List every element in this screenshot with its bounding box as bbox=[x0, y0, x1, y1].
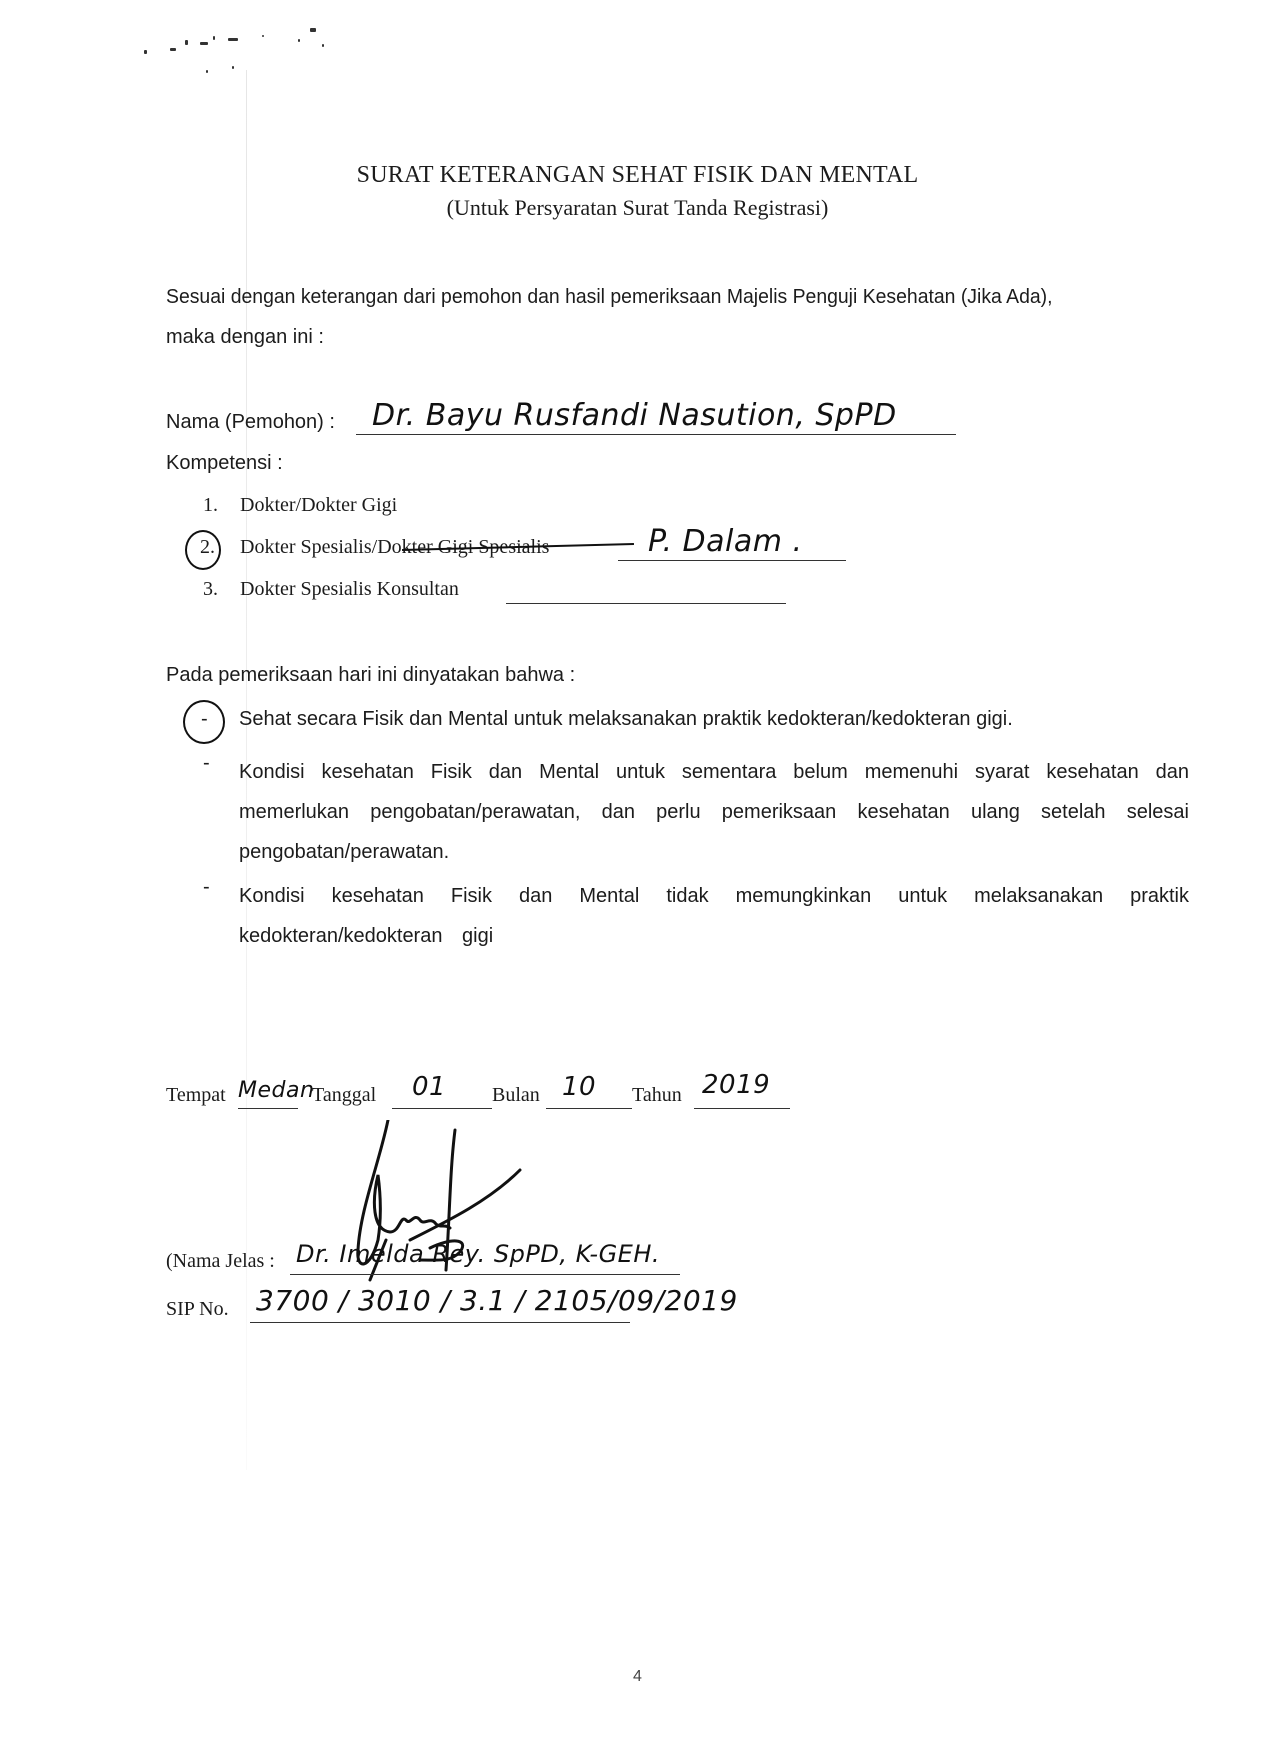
exam-bullet-2: - bbox=[203, 752, 210, 775]
page-number: 4 bbox=[0, 1668, 1275, 1686]
day-label: Tanggal bbox=[312, 1084, 376, 1107]
sip-underline bbox=[250, 1322, 630, 1323]
exam-option-2[interactable]: Kondisi kesehatan Fisik dan Mental untuk… bbox=[239, 752, 1189, 872]
signer-name-label: (Nama Jelas : bbox=[166, 1250, 275, 1273]
sip-field[interactable]: 3700 / 3010 / 3.1 / 2105/09/2019 bbox=[256, 1284, 738, 1317]
specialty-field[interactable]: P. Dalam . bbox=[648, 524, 803, 559]
year-underline bbox=[694, 1108, 790, 1109]
signer-name-underline bbox=[290, 1274, 680, 1275]
competence-label: Kompetensi : bbox=[166, 452, 283, 475]
month-label: Bulan bbox=[492, 1084, 540, 1107]
place-underline bbox=[238, 1108, 298, 1109]
place-label: Tempat bbox=[166, 1084, 226, 1107]
year-label: Tahun bbox=[632, 1084, 682, 1107]
specialty-underline bbox=[618, 560, 846, 561]
document-subtitle: (Untuk Persyaratan Surat Tanda Registras… bbox=[0, 195, 1275, 221]
exam-bullet-1: - bbox=[201, 708, 208, 731]
place-field[interactable]: Medan bbox=[238, 1078, 314, 1103]
applicant-name-field[interactable]: Dr. Bayu Rusfandi Nasution, SpPD bbox=[372, 398, 897, 433]
exam-option-3[interactable]: Kondisi kesehatan Fisik dan Mental tidak… bbox=[239, 876, 1189, 956]
exam-option-1[interactable]: Sehat secara Fisik dan Mental untuk mela… bbox=[239, 708, 1013, 731]
intro-line-1: Sesuai dengan keterangan dari pemohon da… bbox=[166, 286, 1053, 309]
competence-option-1[interactable]: Dokter/Dokter Gigi bbox=[240, 494, 397, 517]
day-underline bbox=[392, 1108, 492, 1109]
competence-number-1: 1. bbox=[203, 494, 218, 517]
day-field[interactable]: 01 bbox=[412, 1072, 446, 1102]
sip-label: SIP No. bbox=[166, 1298, 229, 1321]
competence-number-2: 2. bbox=[200, 536, 215, 559]
year-field[interactable]: 2019 bbox=[702, 1070, 770, 1100]
document-title: SURAT KETERANGAN SEHAT FISIK DAN MENTAL bbox=[0, 162, 1275, 189]
applicant-label: Nama (Pemohon) : bbox=[166, 411, 335, 434]
competence-option-3[interactable]: Dokter Spesialis Konsultan bbox=[240, 578, 459, 601]
month-underline bbox=[546, 1108, 632, 1109]
signer-name-field[interactable]: Dr. Imelda Rey. SpPD, K-GEH. bbox=[296, 1240, 660, 1268]
consultant-underline bbox=[506, 603, 786, 604]
competence-number-3: 3. bbox=[203, 578, 218, 601]
applicant-underline bbox=[356, 434, 956, 435]
exam-bullet-3: - bbox=[203, 876, 210, 899]
examination-label: Pada pemeriksaan hari ini dinyatakan bah… bbox=[166, 664, 575, 687]
scan-specks bbox=[130, 30, 430, 100]
month-field[interactable]: 10 bbox=[562, 1072, 596, 1102]
competence-option-2-prefix: Dokter Spesialis/ bbox=[240, 536, 377, 558]
intro-line-2: maka dengan ini : bbox=[166, 326, 324, 349]
